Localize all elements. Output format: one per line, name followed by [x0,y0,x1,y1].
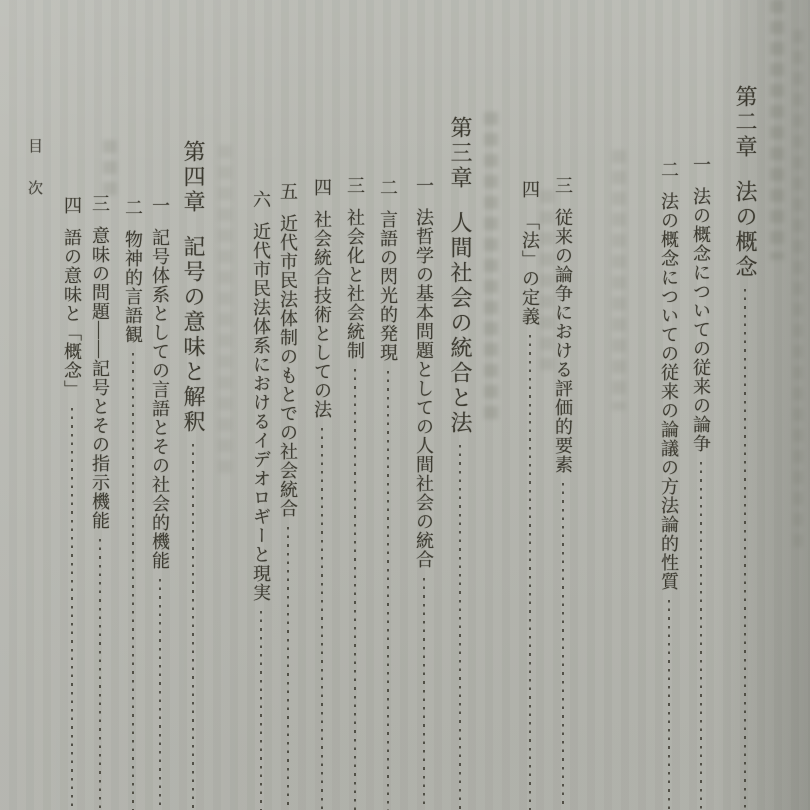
toc-entry: 一 法の概念についての従来の論争 [689,155,713,810]
toc-entry: 四 「法」の定義 [518,180,542,810]
toc-entry: 一 法哲学の基本問題としての人間社会の統合 [412,176,436,810]
toc-entry-number: 五 [279,182,297,201]
toc-entry: 三 社会化と社会統制 [343,176,367,810]
toc-entry-number: 四 [521,180,539,199]
toc-entry-number: 二 [379,178,397,197]
toc-entry-number: 一 [692,155,710,174]
toc-heading: 目 次 [26,138,41,201]
toc-entry-title: 法哲学の基本問題としての人間社会の統合 [415,208,433,569]
dot-leader [287,527,290,810]
toc-entry-title: 法の概念についての従来の論議の方法論的性質 [660,192,678,591]
chapter-number: 第四章 [182,140,204,215]
dot-leader [744,289,747,810]
toc-entry-title: 社会化と社会統制 [346,208,364,360]
dot-leader [423,578,426,810]
dot-leader [387,371,390,810]
toc-entry-number: 三 [91,194,109,213]
dot-leader [562,483,565,810]
toc-entry: 二 法の概念についての従来の論議の方法論的性質 [657,160,681,810]
toc-entry-title: 言語の閃光的発現 [379,210,397,362]
chapter-number: 第二章 [734,85,756,160]
dot-leader [192,444,195,810]
dot-leader [159,579,162,810]
toc-entry-title: 従来の論争における評価的要素 [554,208,572,474]
toc-entry: 六 近代市民法体系におけるイデオロギーと現実 [249,190,273,810]
dot-leader [668,600,671,810]
toc-entry: 三 意味の問題――記号とその指示機能 [88,194,112,810]
toc-entry-number: 二 [124,198,142,217]
toc-entry-number: 三 [346,176,364,195]
toc-entry: 二 物神的言語観 [121,198,145,810]
chapter-title: 人間社会の統合と法 [449,211,471,436]
toc-entry-number: 四 [313,178,331,197]
toc-entry: 四 語の意味と「概念」 [60,196,84,810]
toc-entry: 五 近代市民法体制のもとでの社会統合 [276,182,300,810]
toc-entry: 三 従来の論争における評価的要素 [551,176,575,810]
dot-leader [700,462,703,810]
dot-leader [260,611,263,810]
toc-entry: 二 言語の閃光的発現 [376,178,400,810]
toc-entry-title: 物神的言語観 [124,230,142,344]
toc-entry-title: 記号体系としての言語とその社会的機能 [151,228,169,570]
chapter-2-heading: 第二章 法の概念 [731,85,759,810]
dot-leader [459,445,462,810]
toc-entry-title: 近代市民法体制のもとでの社会統合 [279,214,297,518]
toc-entry-number: 一 [415,176,433,195]
toc-entry-number: 四 [63,196,81,215]
chapter-4-heading: 第四章 記号の意味と解釈 [179,140,207,810]
toc-heading-label: 目 次 [26,138,41,201]
chapter-title: 法の概念 [734,180,756,280]
dot-leader [132,353,135,810]
dot-leader [321,428,324,810]
chapter-number: 第三章 [449,116,471,191]
toc-entry: 一 記号体系としての言語とその社会的機能 [148,196,172,810]
toc-entry-number: 三 [554,176,572,195]
toc-entry-number: 六 [252,190,270,209]
toc-entry-title: 「法」の定義 [521,212,539,326]
toc-entry-title: 法の概念についての従来の論争 [692,187,710,453]
dot-leader [99,539,102,810]
chapter-3-heading: 第三章 人間社会の統合と法 [446,116,474,810]
toc-entry-title: 意味の問題――記号とその指示機能 [91,226,109,530]
toc-entry-number: 一 [151,196,169,215]
toc-entry-title: 語の意味と「概念」 [63,228,81,399]
chapter-title: 記号の意味と解釈 [182,235,204,435]
dot-leader [354,369,357,810]
dot-leader [529,335,532,810]
dot-leader [71,408,74,810]
toc-entry-title: 社会統合技術としての法 [313,210,331,419]
toc-entry: 四 社会統合技術としての法 [310,178,334,810]
toc-entry-title: 近代市民法体系におけるイデオロギーと現実 [252,222,270,602]
toc-entry-number: 二 [660,160,678,179]
